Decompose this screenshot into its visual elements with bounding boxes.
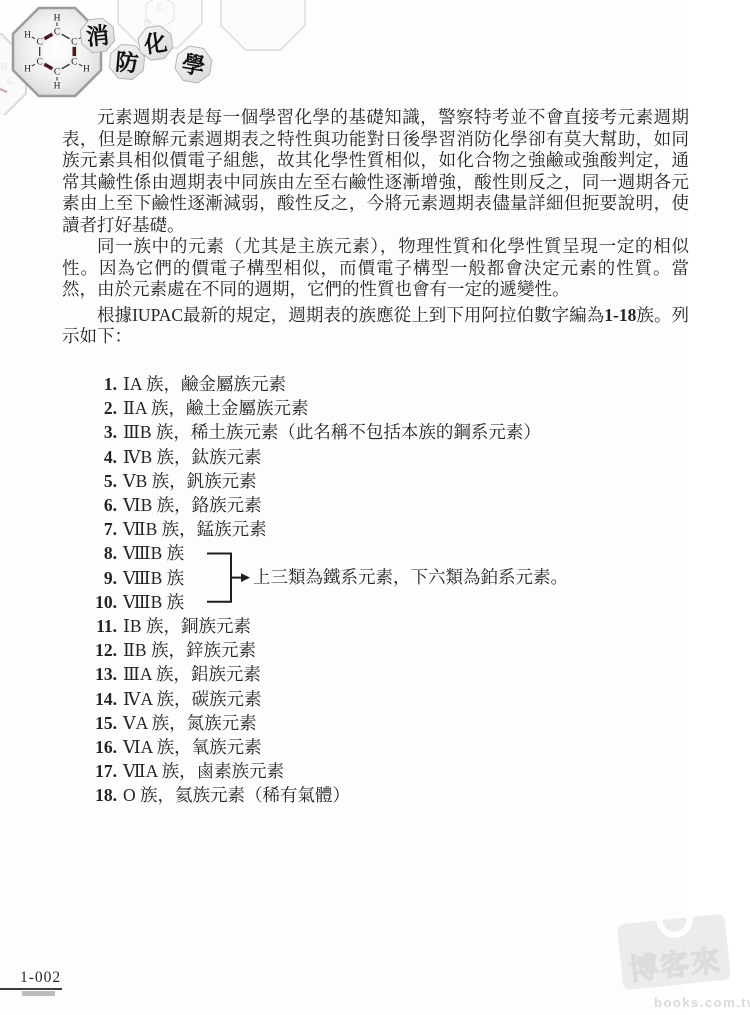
item-number: 18.: [62, 783, 117, 807]
item-number: 5.: [62, 469, 117, 493]
item-text: ⅤA 族，氮族元素: [123, 711, 257, 735]
item-number: 8.: [62, 541, 117, 565]
list-item: 11.ⅠB 族，銅族元素: [62, 614, 689, 638]
carbon-atom-label: C: [37, 38, 43, 48]
paragraph-text: 元素週期表是每一個學習化學的基礎知識，警察特考並不會直接考元素週期表，但是瞭解元…: [62, 107, 689, 235]
paragraph-text: 同一族中的元素（尤其是主族元素），物理性質和化學性質呈現一定的相似性。因為它們的…: [62, 236, 689, 299]
list-item: 16.ⅥA 族，氧族元素: [62, 735, 689, 759]
item-text: ⅢB 族，稀土族元素（此名稱不包括本族的鋼系元素）: [123, 420, 541, 444]
page-number: 1-002: [20, 969, 61, 987]
list-item: 6.ⅥB 族，鉻族元素: [62, 493, 689, 517]
list-item: 3.ⅢB 族，稀土族元素（此名稱不包括本族的鋼系元素）: [62, 420, 689, 444]
carbon-atom-label: C: [54, 28, 60, 38]
hydrogen-atom-label: H: [54, 14, 61, 24]
carbon-atom-label: C: [71, 38, 77, 48]
item-number: 4.: [62, 445, 117, 469]
faint-atom-label: H: [144, 18, 151, 28]
title-char: 消: [85, 22, 111, 50]
item-text: ⅧB 族: [123, 566, 184, 590]
item-text: ⅧB 族: [123, 541, 184, 565]
title-char: 防: [114, 49, 139, 77]
item-number: 7.: [62, 517, 117, 541]
smile-icon: [657, 917, 695, 940]
shopping-bag-logo: 博客來: [617, 914, 731, 991]
item-text: ⅣB 族，鈦族元素: [123, 445, 262, 469]
footer-rule: [0, 988, 62, 990]
item-text: ⅦB 族，錳族元素: [123, 517, 267, 541]
item-number: 10.: [62, 590, 117, 614]
list-item: 7.ⅦB 族，錳族元素: [62, 517, 689, 541]
paragraph-text: 根據IUPAC最新的規定，週期表的族應從上到下用阿拉伯數字編為: [97, 305, 604, 325]
item-text: ⅡB 族，鋅族元素: [123, 638, 256, 662]
title-char: 化: [141, 29, 168, 58]
list-item: 14.ⅣA 族，碳族元素: [62, 687, 689, 711]
title-badge-xue: 學: [173, 44, 214, 85]
item-number: 16.: [62, 735, 117, 759]
book-header-logo: C H H C: [0, 0, 310, 115]
list-item: 13.ⅢA 族，鋁族元素: [62, 662, 689, 686]
carbon-atom-label: C: [54, 68, 60, 78]
periodic-group-list: 1.ⅠA 族，鹼金屬族元素 2.ⅡA 族，鹼土金屬族元素 3.ⅢB 族，稀土族元…: [62, 372, 689, 808]
arrow-icon: [241, 573, 250, 582]
item-number: 2.: [62, 396, 117, 420]
list-item: 5.ⅤB 族，釩族元素: [62, 469, 689, 493]
watermark-domain: books.com.tw: [654, 995, 750, 1010]
book-page: C H H C: [0, 0, 750, 1015]
item-text: ⅠA 族，鹼金屬族元素: [123, 372, 286, 396]
hydrogen-atom-label: H: [24, 31, 31, 41]
list-item: 2.ⅡA 族，鹼土金屬族元素: [62, 396, 689, 420]
item-text: ⅡA 族，鹼土金屬族元素: [123, 396, 308, 420]
title-char: 學: [179, 50, 207, 80]
page-number-highlight: [22, 991, 55, 996]
item-text: ⅠB 族，銅族元素: [123, 614, 251, 638]
paragraph-intro: 元素週期表是每一個學習化學的基礎知識，警察特考並不會直接考元素週期表，但是瞭解元…: [62, 107, 689, 236]
paragraph-same-group: 同一族中的元素（尤其是主族元素），物理性質和化學性質呈現一定的相似性。因為它們的…: [62, 236, 689, 301]
list-item: 10.ⅧB 族: [62, 590, 689, 614]
carbon-atom-label: C: [37, 58, 43, 68]
item-text: ⅣA 族，碳族元素: [123, 687, 262, 711]
watermark-logo-text: 博客來: [619, 937, 731, 989]
list-item: 15.ⅤA 族，氮族元素: [62, 711, 689, 735]
hydrogen-atom-label: H: [54, 82, 61, 92]
list-item: 12.ⅡB 族，鋅族元素: [62, 638, 689, 662]
item-number: 9.: [62, 566, 117, 590]
item-number: 14.: [62, 687, 117, 711]
item-number: 3.: [62, 420, 117, 444]
bookscomtw-watermark: 博客來 books.com.tw: [598, 903, 750, 1015]
item-number: 13.: [62, 662, 117, 686]
paragraph-iupac: 根據IUPAC最新的規定，週期表的族應從上到下用阿拉伯數字編為1-18族。列示如…: [62, 305, 689, 348]
item-number: 15.: [62, 711, 117, 735]
list-item: 4.ⅣB 族，鈦族元素: [62, 445, 689, 469]
item-number: 17.: [62, 759, 117, 783]
item-number: 1.: [62, 372, 117, 396]
item-text: ⅦA 族，鹵素族元素: [123, 759, 284, 783]
item-text: ⅤB 族，釩族元素: [123, 469, 257, 493]
faint-atom-label: C: [7, 76, 13, 86]
group-range: 1-18: [604, 305, 636, 325]
item-text: ⅧB 族: [123, 590, 184, 614]
hydrogen-atom-label: H: [24, 65, 31, 75]
item-number: 6.: [62, 493, 117, 517]
hydrogen-atom-label: H: [83, 65, 90, 75]
faint-atom-label: H: [1, 62, 8, 72]
item-text: ⅥB 族，鉻族元素: [123, 493, 262, 517]
item-number: 11.: [62, 614, 117, 638]
item-text: ⅢA 族，鋁族元素: [123, 662, 261, 686]
item-text: O 族，氦族元素（稀有氣體）: [123, 783, 350, 807]
list-item: 18.O 族，氦族元素（稀有氣體）: [62, 783, 689, 807]
group-note: 上三類為鐵系元素，下六類為鉑系元素。: [253, 567, 568, 588]
item-text: ⅥA 族，氧族元素: [123, 735, 262, 759]
body-text: 元素週期表是每一個學習化學的基礎知識，警察特考並不會直接考元素週期表，但是瞭解元…: [62, 107, 689, 348]
list-item: 1.ⅠA 族，鹼金屬族元素: [62, 372, 689, 396]
list-item: 17.ⅦA 族，鹵素族元素: [62, 759, 689, 783]
carbon-atom-label: C: [71, 58, 77, 68]
faint-atom-label: C: [157, 2, 163, 12]
list-item: 8.ⅧB 族: [62, 541, 689, 565]
item-number: 12.: [62, 638, 117, 662]
